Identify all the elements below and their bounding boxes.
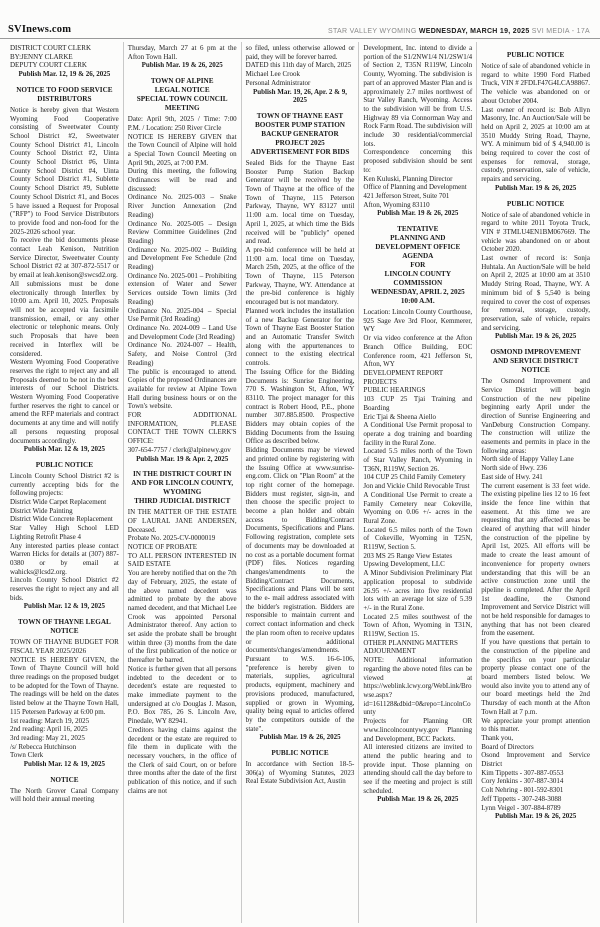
- publish-line: Publish Mar. 12 & 19, 2025: [10, 445, 119, 454]
- notice-paragraph: Located 6.5 miles north of the Town of C…: [363, 526, 472, 552]
- notice-line: 421 Jefferson Street, Suite 701: [363, 192, 472, 201]
- notice-heading: PUBLIC NOTICE: [10, 461, 119, 470]
- notice-line: /s/ Rebecca Hutchinson: [10, 743, 119, 752]
- notice-paragraph: Correspondence concerning this proposed …: [363, 148, 472, 174]
- notice-paragraph: In accordance with Section 18-5-306(a) o…: [246, 760, 355, 786]
- notice-paragraph: Jon and Vickie Child Revocable Trust: [363, 482, 472, 491]
- notice-line: Thank you,: [481, 734, 590, 743]
- notice-paragraph: To receive the bid documents please cont…: [10, 236, 119, 280]
- column-4: Development, Inc. intend to divide a por…: [358, 42, 476, 923]
- notice-paragraph: You are hereby notified that on the 7th …: [128, 569, 237, 665]
- notice-paragraph: NOTICE IS HEREBY GIVEN, the Town of Thay…: [10, 656, 119, 717]
- notice-paragraph: 307-654-7757 / clerk@alpinewy.gov: [128, 446, 237, 455]
- notice-paragraph: TOWN OF THAYNE BUDGET FOR FISCAL YEAR 20…: [10, 638, 119, 655]
- notice-paragraph: 103 CUP 25 Tjai Training and Boarding: [363, 395, 472, 412]
- notice-paragraph: A Conditional Use Permit proposal to ope…: [363, 421, 472, 447]
- notice-line: 1st reading: March 19, 2025: [10, 717, 119, 726]
- column-1: DISTRICT COURT CLERKBY:JENNY CLARKEDEPUT…: [6, 42, 123, 923]
- notice-paragraph: Ordinance No. 2025-004 – Special Use Per…: [128, 307, 237, 324]
- notice-line: Ken Kuluski, Planning Director: [363, 175, 472, 184]
- notice-paragraph: TO ALL PERSON INTERESTED IN SAID ESTATE: [128, 552, 237, 569]
- notice-heading: TOWN OF ALPINELEGAL NOTICESPECIAL TOWN C…: [128, 77, 237, 113]
- notice-paragraph: Sealed Bids for the Thayne East Booster …: [246, 159, 355, 246]
- publish-line: Publish Mar. 19 & 26, 2025: [128, 61, 237, 70]
- notice-paragraph: Notice is further given that all persons…: [128, 665, 237, 726]
- notice-line: Michael Lee Crook: [246, 70, 355, 79]
- notice-paragraph: Osond Improvement and Service District: [481, 751, 590, 768]
- notice-paragraph: Or via video conference at the Afton Bra…: [363, 334, 472, 369]
- notice-paragraph: 104 CUP 25 Child Family Cemetery: [363, 473, 472, 482]
- notice-paragraph: Thursday, March 27 at 6 pm at the Afton …: [128, 44, 237, 61]
- notice-heading: TOWN OF THAYNE LEGALNOTICE: [10, 618, 119, 636]
- header-date: WEDNESDAY, MARCH 19, 2025: [419, 28, 530, 35]
- notice-line: North side of Happy Valley Lane: [481, 455, 590, 464]
- notice-paragraph: Last owner of record is: Bob Allyn Mason…: [481, 106, 590, 184]
- notice-paragraph: Star Valley High School LED Lighting Ret…: [10, 524, 119, 541]
- notice-line: DEVELOPMENT REPORT: [363, 369, 472, 378]
- notice-paragraph: Notice of sale of abandoned vehicle in r…: [481, 62, 590, 106]
- notice-paragraph: Ordinance No. 2024-007 – Health, Safety,…: [128, 341, 237, 367]
- notice-paragraph: Projects for Planning OR www.lincolncoun…: [363, 717, 472, 743]
- header-page-number: SVI MEDIA - 17A: [530, 28, 590, 35]
- notice-line: 3rd reading: May 21, 2025: [10, 734, 119, 743]
- notice-paragraph: NOTE: Additional information regarding t…: [363, 656, 472, 717]
- publish-line: Publish Mar. 12 & 19, 2025: [10, 760, 119, 769]
- publish-line: Publish Mar. 19 & 26, 2025: [246, 733, 355, 742]
- notice-line: District Wide Painting: [10, 507, 119, 516]
- notice-paragraph: Creditors having claims against the dece…: [128, 726, 237, 796]
- notice-line: DISTRICT COURT CLERK: [10, 44, 119, 53]
- notice-paragraph: Ordinance No. 2025-002 – Building and De…: [128, 246, 237, 272]
- notice-paragraph: The current easement is 33 feet wide. Th…: [481, 482, 590, 639]
- notice-line: Town Clerk: [10, 751, 119, 760]
- notice-paragraph: A Conditional Use Permit to create a Fam…: [363, 491, 472, 526]
- notice-line: OTHER PLANNING MATTERS: [363, 639, 472, 648]
- publish-line: Publish Mar. 19 & 26, 2025: [363, 209, 472, 218]
- notice-heading: TENTATIVEPLANNING ANDDEVELOPMENT OFFICEA…: [363, 225, 472, 306]
- column-5: PUBLIC NOTICENotice of sale of abandoned…: [476, 42, 594, 923]
- publish-line: Publish Mar. 19 & 26, 2025: [363, 795, 472, 804]
- notice-paragraph: A Minor Subdivision Preliminary Plat app…: [363, 569, 472, 613]
- notice-paragraph: Pursuant to W.S. 16-6-106, "preference i…: [246, 655, 355, 733]
- notice-paragraph: Ordinance No. 2024-009 – Land Use and De…: [128, 324, 237, 341]
- header-dateline: STAR VALLEY WYOMING WEDNESDAY, MARCH 19,…: [328, 28, 590, 35]
- notice-paragraph: Located 2.5 miles southwest of the Town …: [363, 613, 472, 639]
- notice-paragraph: Last owner of record is: Sonja Huhtala. …: [481, 254, 590, 332]
- notice-line: Kim Tippetts - 307-887-0553: [481, 769, 590, 778]
- publish-line: Publish Mar. 19 & 26, 2025: [481, 812, 590, 821]
- column-2: Thursday, March 27 at 6 pm at the Afton …: [123, 42, 241, 923]
- notice-paragraph: If you have questions that pertain to th…: [481, 638, 590, 716]
- notice-line: Afton, Wyoming 83110: [363, 201, 472, 210]
- site-name: SVInews.com: [8, 24, 71, 35]
- notice-paragraph: The Osmond Improvement and Service Distr…: [481, 377, 590, 455]
- notice-heading: PUBLIC NOTICE: [481, 51, 590, 60]
- notice-paragraph: Bidding Documents may be viewed and prin…: [246, 446, 355, 655]
- notice-paragraph: Notice of sale of abandoned vehicle in r…: [481, 211, 590, 255]
- notice-paragraph: All submissions must be done electronica…: [10, 280, 119, 358]
- notice-line: PUBLIC HEARINGS: [363, 386, 472, 395]
- notice-heading: PUBLIC NOTICE: [481, 200, 590, 209]
- notice-heading: OSMOND IMPROVEMENTAND SERVICE DISTRICTNO…: [481, 348, 590, 375]
- notice-line: 2nd reading: April 16, 2025: [10, 725, 119, 734]
- notice-line: Cory Jenkins - 307-887-3014: [481, 777, 590, 786]
- notice-paragraph: IN THE MATTER OF THE ESTATE OF LAURAL JA…: [128, 508, 237, 534]
- notice-paragraph: Lincoln County School District #2 reserv…: [10, 576, 119, 602]
- notice-heading: PUBLIC NOTICE: [246, 749, 355, 758]
- notice-paragraph: Any interested parties please contact Wa…: [10, 542, 119, 577]
- notice-line: Personal Administrator: [246, 79, 355, 88]
- notice-paragraph: Planned work includes the installation o…: [246, 307, 355, 368]
- notice-line: District Wide Carpet Replacement: [10, 498, 119, 507]
- notice-paragraph: All interested citizens are invited to a…: [363, 743, 472, 795]
- notice-paragraph: DATED this 11th day of March, 2025: [246, 61, 355, 70]
- publish-line: Publish Mar. 12 & 19, 2025: [10, 602, 119, 611]
- page-header: SVInews.com STAR VALLEY WYOMING WEDNESDA…: [0, 0, 600, 39]
- notice-paragraph: Location: Lincoln County Courthouse, 925…: [363, 308, 472, 334]
- notice-line: North side of Hwy. 236: [481, 464, 590, 473]
- publish-line: Publish Mar. 12, 19 & 26, 2025: [10, 70, 119, 79]
- notice-paragraph: The Issuing Office for the Bidding Docum…: [246, 368, 355, 446]
- notice-paragraph: Development, Inc. intend to divide a por…: [363, 44, 472, 148]
- notice-paragraph: FOR ADDITIONAL INFORMATION, PLEASE CONTA…: [128, 411, 237, 446]
- column-3: so filed, unless otherwise allowed or pa…: [241, 42, 359, 923]
- notice-heading: NOTICE: [10, 776, 119, 785]
- notice-line: Board of Directors: [481, 743, 590, 752]
- notice-paragraph: Notice is hereby given that Western Wyom…: [10, 106, 119, 237]
- publish-line: Publish Mar. 19 & Apr. 2, 2025: [128, 455, 237, 464]
- notice-line: Jeff Tippetts - 307-248-3088: [481, 795, 590, 804]
- notice-paragraph: Located 5.5 miles north of the Town of S…: [363, 447, 472, 473]
- notice-paragraph: Ordinance No. 2025-003 – Snake River Jun…: [128, 193, 237, 219]
- notice-paragraph: Date: April 9th, 2025 / Time: 7:00 P.M. …: [128, 115, 237, 132]
- newspaper-page: SVInews.com STAR VALLEY WYOMING WEDNESDA…: [0, 0, 600, 927]
- notice-line: NOTICE OF PROBATE: [128, 543, 237, 552]
- notice-paragraph: so filed, unless otherwise allowed or pa…: [246, 44, 355, 61]
- notice-paragraph: Office of Planning and Development: [363, 183, 472, 192]
- notice-paragraph: A pre-bid conference will be held at 11:…: [246, 246, 355, 307]
- notice-paragraph: Lincoln County School District #2 is cur…: [10, 472, 119, 498]
- notice-line: BY:JENNY CLARKE: [10, 53, 119, 62]
- publish-line: Publish Mar. 19, 26, Apr. 2 & 9, 2025: [246, 88, 355, 105]
- notice-line: Probate No. 2025-CV-0000019: [128, 534, 237, 543]
- notice-paragraph: During this meeting, the following Ordin…: [128, 167, 237, 193]
- notice-line: East side of Hwy. 241: [481, 473, 590, 482]
- notice-paragraph: NOTICE IS HEREBY GIVEN that the Town Cou…: [128, 133, 237, 168]
- publish-line: Publish Mar. 19 & 26, 2025: [481, 332, 590, 341]
- notice-paragraph: Ordinance No. 2025-005 – Design Review C…: [128, 220, 237, 246]
- notice-line: ADJOURNMENT: [363, 647, 472, 656]
- publish-line: Publish Mar. 19 & 26, 2025: [481, 184, 590, 193]
- notice-paragraph: The public is encouraged to attend. Copi…: [128, 368, 237, 412]
- header-region: STAR VALLEY WYOMING: [328, 28, 419, 35]
- notice-paragraph: Western Wyoming Food Cooperative reserve…: [10, 358, 119, 445]
- notice-paragraph: We appreciate your prompt attention to t…: [481, 717, 590, 734]
- notice-heading: NOTICE TO FOOD SERVICEDISTRIBUTORS: [10, 86, 119, 104]
- notice-line: Lynn Veigel - 307-884-8789: [481, 804, 590, 813]
- notice-line: Colt Nehring - 801-592-8301: [481, 786, 590, 795]
- notice-paragraph: District Wide Concrete Replacement: [10, 515, 119, 524]
- notice-heading: TOWN OF THAYNE EASTBOOSTER PUMP STATIONB…: [246, 112, 355, 157]
- notice-paragraph: Ordinance No. 2025-001 – Prohibiting ext…: [128, 272, 237, 307]
- notice-line: DEPUTY COURT CLERK: [10, 61, 119, 70]
- columns-container: DISTRICT COURT CLERKBY:JENNY CLARKEDEPUT…: [0, 39, 600, 923]
- notice-line: Eric Tjai & Sheena Aiello: [363, 413, 472, 422]
- notice-heading: IN THE DISTRICT COURT INAND FOR LINCOLN …: [128, 470, 237, 506]
- notice-line: 203 MS 25 Range View Estates: [363, 552, 472, 561]
- notice-line: Upswing Development, LLC: [363, 560, 472, 569]
- notice-line: PROJECTS: [363, 378, 472, 387]
- notice-paragraph: The North Grover Canal Company will hold…: [10, 787, 119, 804]
